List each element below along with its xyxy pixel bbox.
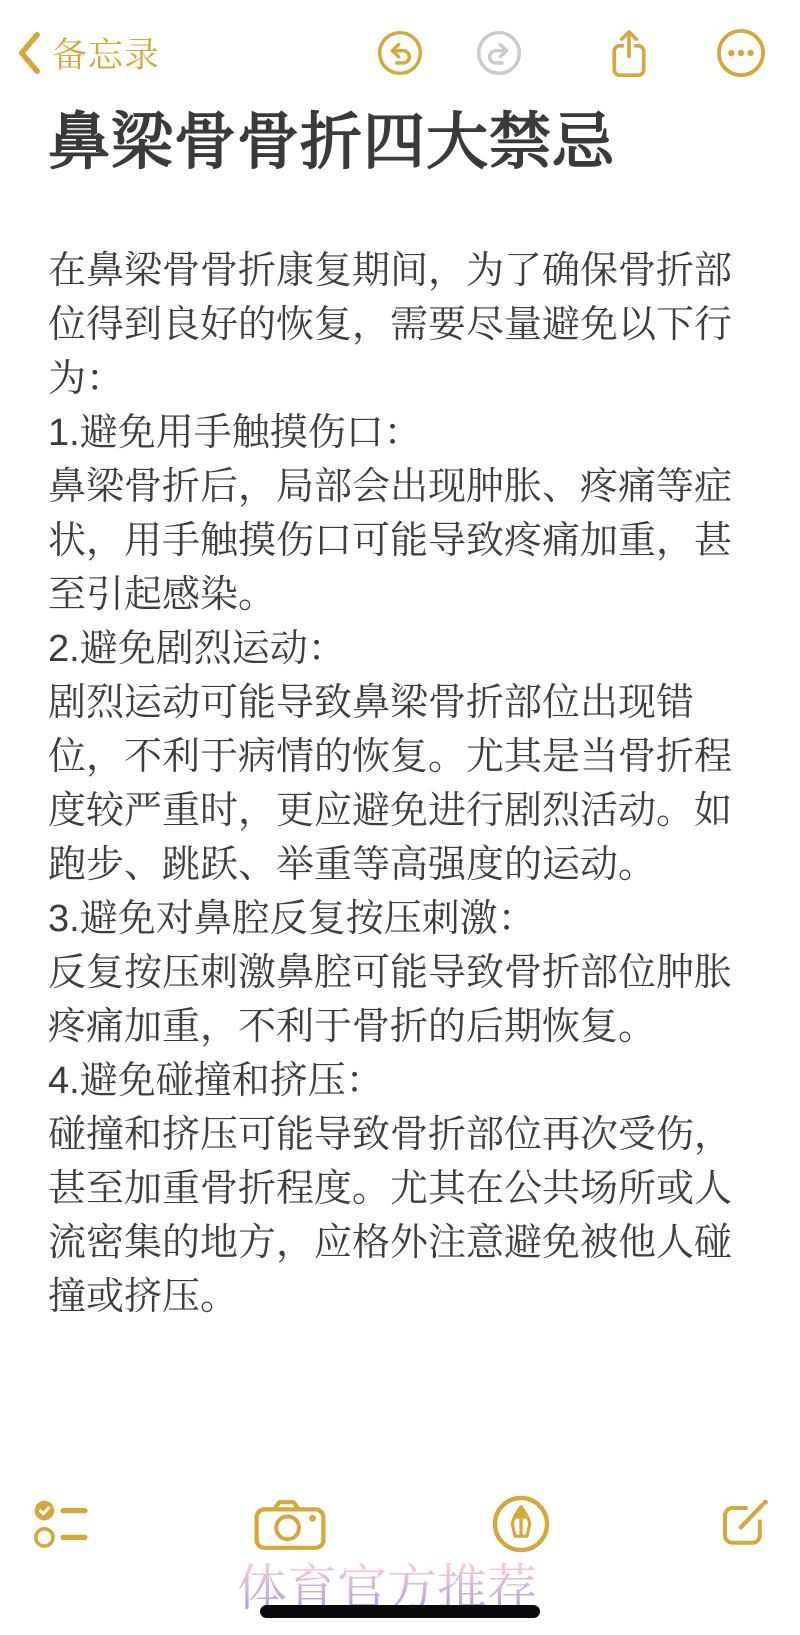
- camera-icon: [254, 1497, 326, 1551]
- note-paragraph-item4-body: 碰撞和挤压可能导致骨折部位再次受伤，甚至加重骨折程度。尤其在公共场所或人流密集的…: [48, 1108, 752, 1324]
- note-body[interactable]: 在鼻梁骨骨折康复期间，为了确保骨折部位得到良好的恢复，需要尽量避免以下行为： 1…: [48, 244, 752, 1324]
- nav-bar: 备忘录: [0, 0, 800, 92]
- note-paragraph-item2-body: 剧烈运动可能导致鼻梁骨折部位出现错位，不利于病情的恢复。尤其是当骨折程度较严重时…: [48, 676, 752, 892]
- note-paragraph-item2-heading: 2.避免剧烈运动：: [48, 622, 752, 676]
- ellipsis-circle-icon: [716, 28, 766, 78]
- back-button[interactable]: 备忘录: [16, 28, 160, 78]
- share-button[interactable]: [606, 26, 652, 81]
- compose-icon: [716, 1497, 770, 1551]
- note-paragraph-item3-body: 反复按压刺激鼻腔可能导致骨折部位肿胀疼痛加重，不利于骨折的后期恢复。: [48, 946, 752, 1054]
- note-paragraph-item3-heading: 3.避免对鼻腔反复按压刺激：: [48, 892, 752, 946]
- note-paragraph-intro: 在鼻梁骨骨折康复期间，为了确保骨折部位得到良好的恢复，需要尽量避免以下行为：: [48, 244, 752, 406]
- redo-button[interactable]: [476, 30, 522, 76]
- home-indicator[interactable]: [260, 1605, 540, 1618]
- bottom-toolbar: [0, 1488, 800, 1560]
- back-label: 备忘录: [52, 28, 160, 78]
- redo-icon: [476, 30, 522, 76]
- more-options-button[interactable]: [716, 28, 766, 78]
- chevron-left-icon: [16, 31, 42, 75]
- undo-button[interactable]: [377, 30, 423, 76]
- note-paragraph-item1-body: 鼻梁骨折后，局部会出现肿胀、疼痛等症状，用手触摸伤口可能导致疼痛加重，甚至引起感…: [48, 460, 752, 622]
- undo-icon: [377, 30, 423, 76]
- camera-button[interactable]: [254, 1497, 326, 1551]
- compose-button[interactable]: [716, 1497, 770, 1551]
- note-paragraph-item4-heading: 4.避免碰撞和挤压：: [48, 1054, 752, 1108]
- share-icon: [606, 26, 652, 81]
- markup-button[interactable]: [492, 1495, 550, 1553]
- note-paragraph-item1-heading: 1.避免用手触摸伤口：: [48, 406, 752, 460]
- note-title[interactable]: 鼻梁骨骨折四大禁忌: [48, 106, 752, 180]
- checklist-button[interactable]: [34, 1500, 88, 1548]
- pencil-tip-circle-icon: [492, 1495, 550, 1553]
- checklist-icon: [34, 1500, 88, 1548]
